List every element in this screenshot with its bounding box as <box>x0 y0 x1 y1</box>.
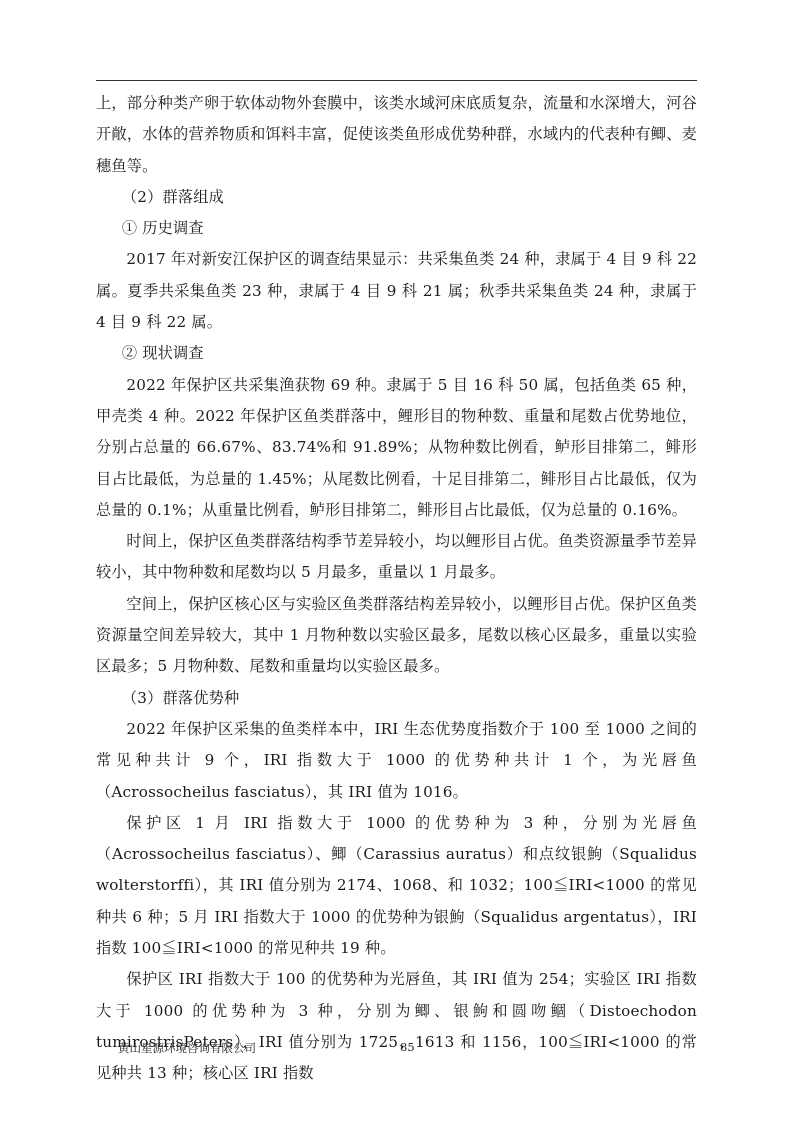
paragraph-current-survey: 2022 年保护区共采集渔获物 69 种。隶属于 5 目 16 科 50 属，包… <box>96 370 697 526</box>
page-number: 85 <box>400 1040 415 1054</box>
section-heading-community-composition: （2）群落组成 <box>96 182 697 213</box>
footer-company: 黄山星源环境咨询有限公司 <box>118 1040 256 1056</box>
section-heading-dominant-species: （3）群落优势种 <box>96 683 697 714</box>
paragraph-temporal: 时间上，保护区鱼类群落结构季节差异较小，均以鲤形目占优。鱼类资源量季节差异较小，… <box>96 526 697 589</box>
paragraph-iri-zones: 保护区 IRI 指数大于 100 的优势种为光唇鱼，其 IRI 值为 254；实… <box>96 964 697 1089</box>
header-rule <box>96 80 697 81</box>
paragraph-iri-monthly: 保护区 1 月 IRI 指数大于 1000 的优势种为 3 种，分别为光唇鱼（A… <box>96 808 697 964</box>
subheading-historical-survey: ① 历史调查 <box>96 213 697 244</box>
subheading-current-survey: ② 现状调查 <box>96 338 697 369</box>
document-body: 上，部分种类产卵于软体动物外套膜中，该类水域河床底质复杂，流量和水深增大，河谷开… <box>96 88 697 1090</box>
paragraph-continuation: 上，部分种类产卵于软体动物外套膜中，该类水域河床底质复杂，流量和水深增大，河谷开… <box>96 88 697 182</box>
paragraph-historical-survey: 2017 年对新安江保护区的调查结果显示：共采集鱼类 24 种，隶属于 4 目 … <box>96 244 697 338</box>
paragraph-spatial: 空间上，保护区核心区与实验区鱼类群落结构差异较小，以鲤形目占优。保护区鱼类资源量… <box>96 589 697 683</box>
paragraph-iri-2022: 2022 年保护区采集的鱼类样本中，IRI 生态优势度指数介于 100 至 10… <box>96 714 697 808</box>
